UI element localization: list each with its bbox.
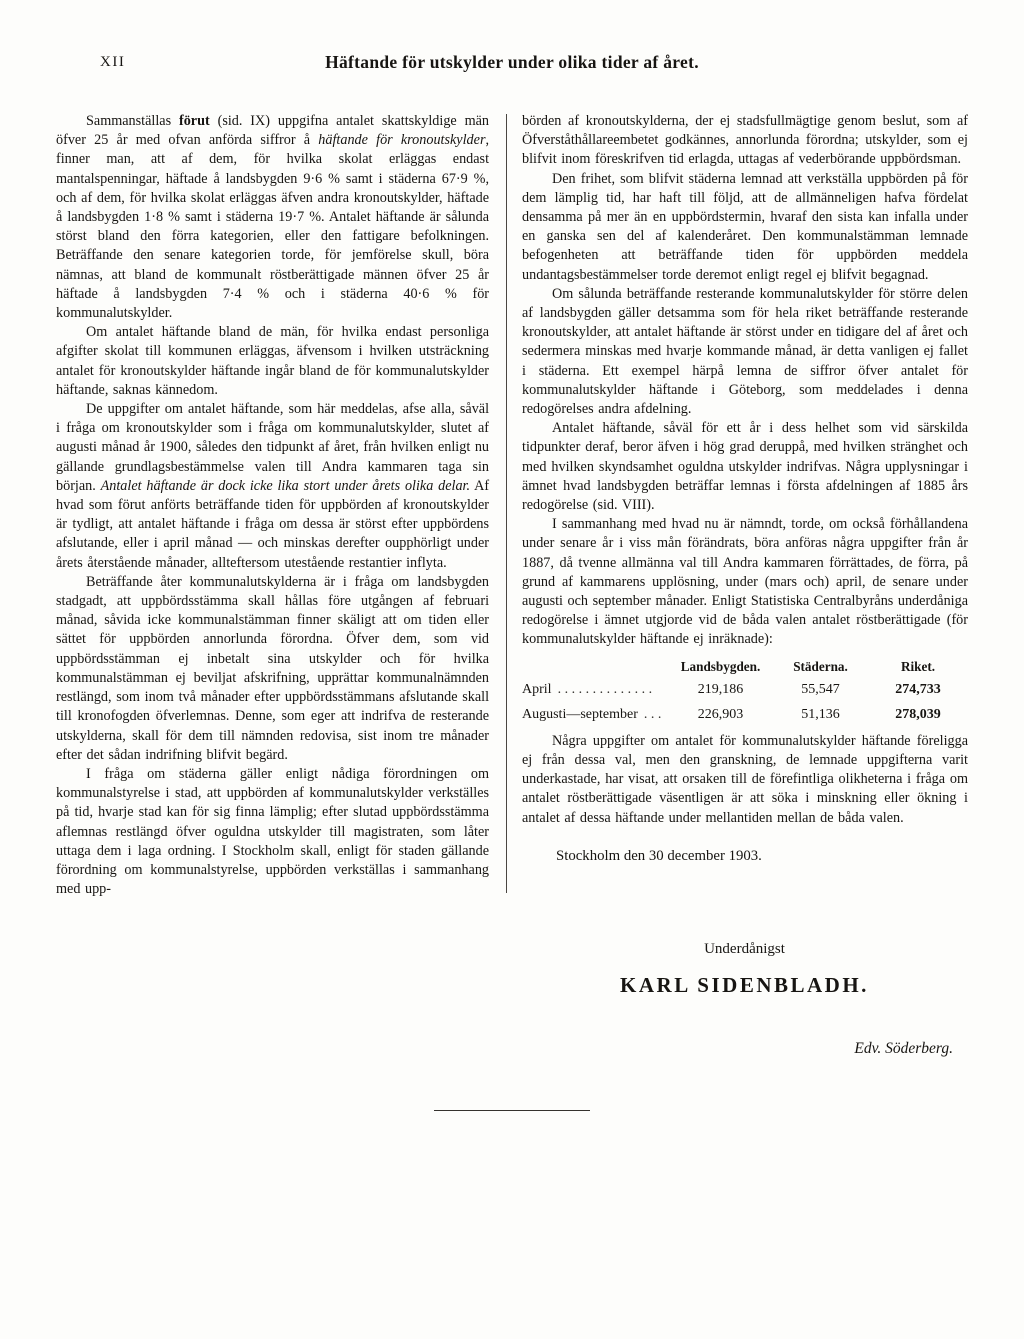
paragraph: Några uppgifter om antalet för kommunalu… [522, 732, 968, 828]
text-segment: börden af kronoutskylderna, der ej stads… [522, 113, 968, 167]
table-header-staderna: Städerna. [773, 657, 868, 677]
text-segment: förut [179, 113, 210, 129]
value-augusti-riket: 278,039 [868, 702, 968, 727]
right-column-lower-text: Några uppgifter om antalet för kommunalu… [522, 732, 968, 828]
right-column-upper-text: börden af kronoutskylderna, der ej stads… [522, 112, 968, 650]
signature-salutation: Underdånigst [522, 941, 967, 958]
table-header-riket: Riket. [868, 657, 968, 677]
signature-secretary: Edv. Söderberg. [522, 1040, 953, 1058]
paragraph: Sammanställas förut (sid. IX) uppgifna a… [56, 112, 489, 323]
text-segment: Den frihet, som blifvit städerna lemnad … [522, 171, 968, 283]
dot-leader: . . . . . . . . . . . . . . [558, 677, 662, 702]
text-segment: Beträffande åter kommunalutskylderna är … [56, 574, 489, 763]
text-segment: Om sålunda beträffande resterande kommun… [522, 286, 968, 417]
text-segment: häftande för kronoutskylder [318, 132, 485, 148]
value-april-riket: 274,733 [868, 677, 968, 702]
value-augusti-staderna: 51,136 [773, 702, 868, 727]
signature-name: KARL SIDENBLADH. [522, 973, 967, 998]
paragraph: Beträffande åter kommunalutskylderna är … [56, 573, 489, 765]
paragraph: Den frihet, som blifvit städerna lemnad … [522, 170, 968, 285]
page-header: XII Häftande för utskylder under olika t… [0, 0, 1024, 86]
table-header-landsbygden: Landsbygden. [668, 657, 773, 677]
signature-block: Underdånigst KARL SIDENBLADH. Edv. Söder… [522, 941, 967, 1058]
text-segment: , finner man, att af dem, för hvilka sko… [56, 132, 489, 321]
voters-count-table: Landsbygden. Städerna. Riket. April . . … [522, 657, 968, 727]
value-april-staderna: 55,547 [773, 677, 868, 702]
text-columns: Sammanställas förut (sid. IX) uppgifna a… [56, 112, 968, 899]
table-header-row: Landsbygden. Städerna. Riket. [522, 657, 968, 677]
column-divider-rule [506, 114, 507, 893]
paragraph: börden af kronoutskylderna, der ej stads… [522, 112, 968, 170]
running-title: Häftande för utskylder under olika tider… [0, 52, 1024, 73]
row-label-augusti-september: Augusti—september [522, 702, 638, 727]
text-segment: Några uppgifter om antalet för kommunalu… [522, 733, 968, 826]
page-number: XII [100, 54, 125, 71]
text-segment: I fråga om städerna gäller enligt nådiga… [56, 766, 489, 897]
bottom-rule [434, 1110, 590, 1111]
paragraph: De uppgifter om antalet häftande, som hä… [56, 400, 489, 573]
text-segment: I sammanhang med hvad nu är nämndt, tord… [522, 516, 968, 647]
row-label-april: April [522, 677, 552, 702]
text-segment: Om antalet häftande bland de män, för hv… [56, 324, 489, 398]
paragraph: Om antalet häftande bland de män, för hv… [56, 323, 489, 400]
left-column: Sammanställas förut (sid. IX) uppgifna a… [56, 112, 489, 899]
table-row-april: April . . . . . . . . . . . . . . 219,18… [522, 677, 968, 702]
paragraph: I fråga om städerna gäller enligt nådiga… [56, 765, 489, 899]
text-segment: Antalet häftande är dock icke lika stort… [101, 478, 470, 494]
value-augusti-landsbygden: 226,903 [668, 702, 773, 727]
text-segment: Sammanställas [86, 113, 179, 129]
right-column: börden af kronoutskylderna, der ej stads… [522, 112, 968, 899]
value-april-landsbygden: 219,186 [668, 677, 773, 702]
document-page: XII Häftande för utskylder under olika t… [0, 0, 1024, 1339]
text-segment: Antalet häftande, såväl för ett år i des… [522, 420, 968, 513]
table-row-augusti-september: Augusti—september . . . . . . . . . 226,… [522, 702, 968, 727]
paragraph: Antalet häftande, såväl för ett år i des… [522, 419, 968, 515]
dot-leader: . . . . . . . . . [644, 702, 662, 727]
paragraph: Om sålunda beträffande resterande kommun… [522, 285, 968, 419]
dateline: Stockholm den 30 december 1903. [522, 848, 968, 865]
paragraph: I sammanhang med hvad nu är nämndt, tord… [522, 515, 968, 649]
